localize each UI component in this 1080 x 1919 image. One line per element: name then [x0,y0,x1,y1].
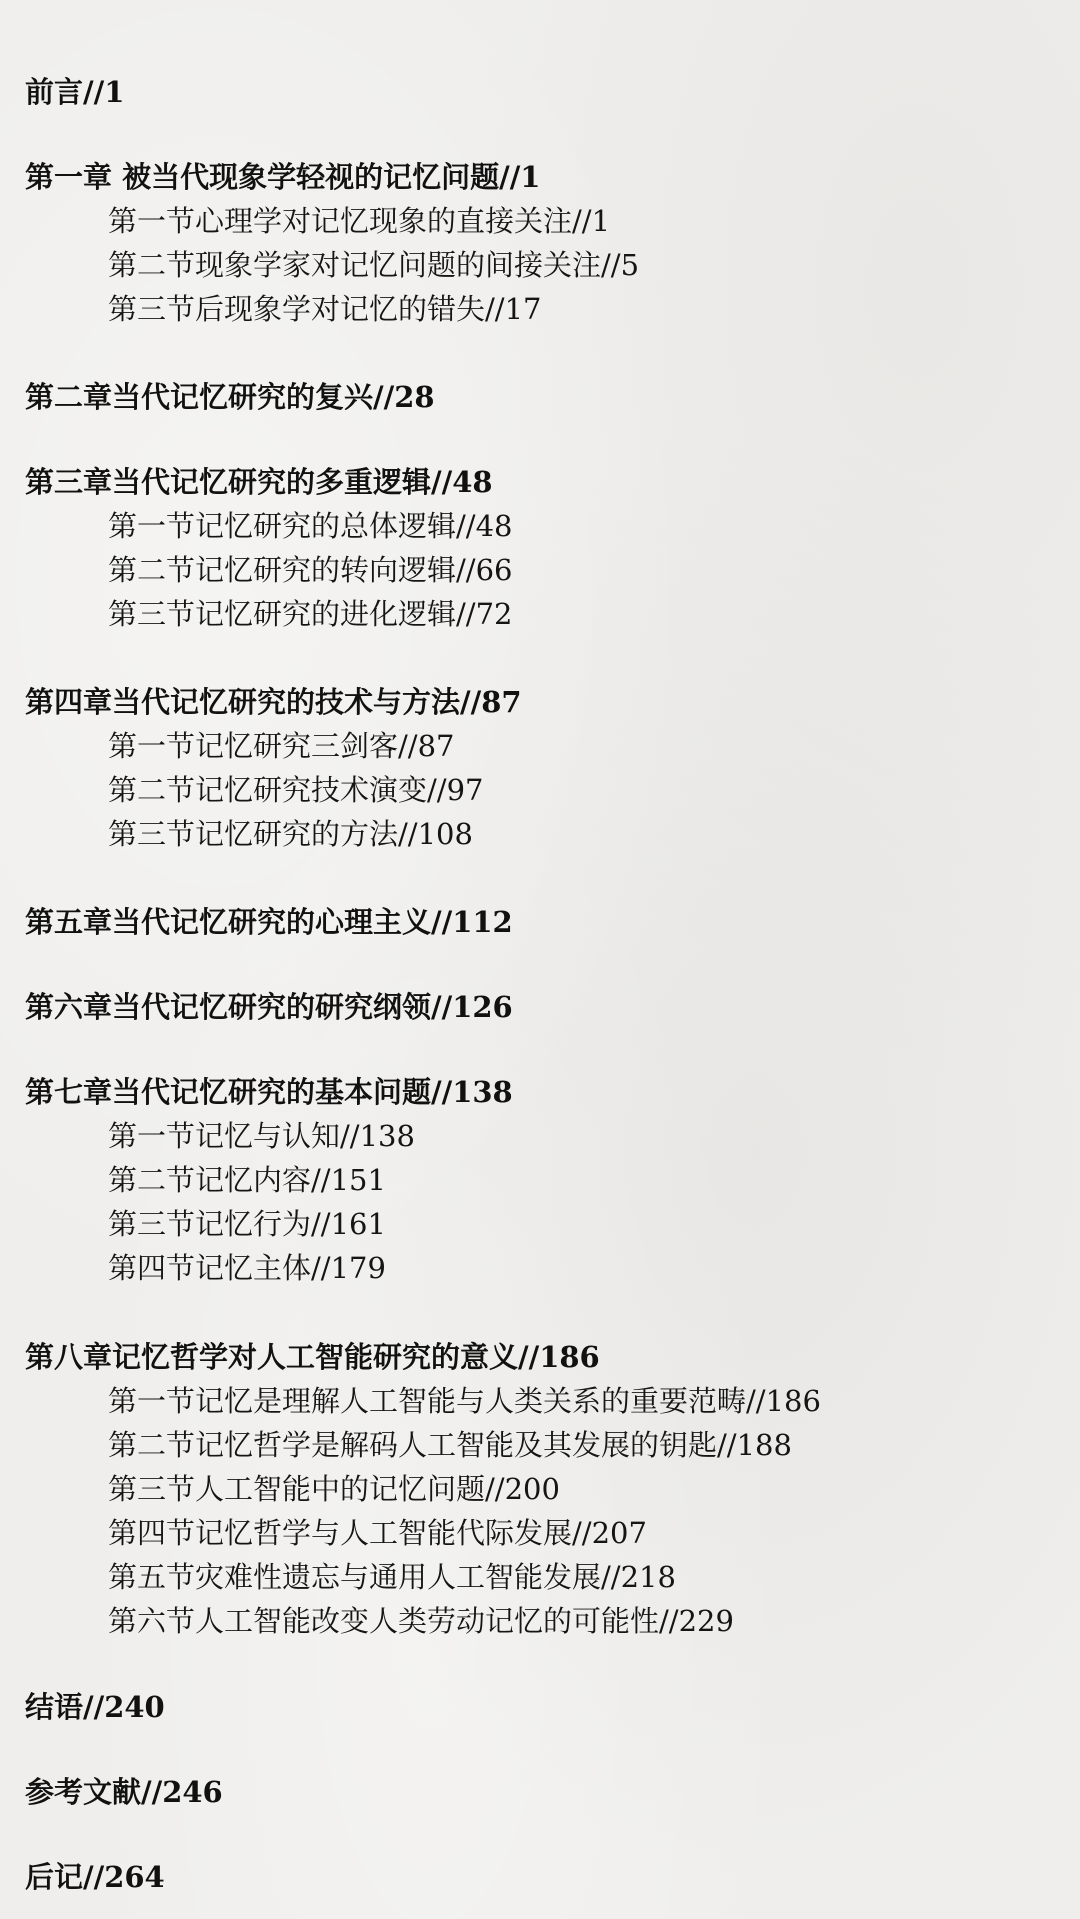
toc-entry-separator: // [572,1516,592,1550]
toc-entry-separator: // [572,204,592,238]
toc-section-entry[interactable]: 第四节记忆主体//179 [108,1254,386,1283]
toc-entry-page-number: 48 [452,465,492,499]
toc-entry-page-number: 87 [418,729,455,763]
toc-chapter-entry[interactable]: 前言//1 [25,78,124,107]
toc-chapter-entry[interactable]: 第一章 被当代现象学轻视的记忆问题//1 [25,163,540,192]
toc-entry-title: 第三节后现象学对记忆的错失 [108,292,485,326]
toc-entry-separator: // [460,685,481,719]
toc-entry-separator: // [431,465,452,499]
toc-entry-separator: // [499,160,520,194]
toc-entry-page-number: 1 [520,160,540,194]
toc-entry-title: 第一节心理学对记忆现象的直接关注 [108,204,572,238]
toc-section-entry[interactable]: 第三节后现象学对记忆的错失//17 [108,295,541,324]
toc-entry-page-number: 207 [592,1516,647,1550]
toc-entry-separator: // [311,1251,331,1285]
toc-entry-title: 第二节记忆哲学是解码人工智能及其发展的钥匙 [108,1428,717,1462]
toc-entry-title: 第六节人工智能改变人类劳动记忆的可能性 [108,1604,659,1638]
toc-entry-page-number: 200 [505,1472,560,1506]
toc-entry-title: 第三节记忆研究的进化逻辑 [108,597,456,631]
toc-section-entry[interactable]: 第一节记忆是理解人工智能与人类关系的重要范畴//186 [108,1387,821,1416]
toc-chapter-entry[interactable]: 第五章当代记忆研究的心理主义//112 [25,908,513,937]
toc-entry-title: 第七章当代记忆研究的基本问题 [25,1075,431,1109]
toc-entry-separator: // [340,1119,360,1153]
toc-section-entry[interactable]: 第二节记忆研究技术演变//97 [108,776,483,805]
toc-entry-page-number: 28 [394,380,434,414]
toc-section-entry[interactable]: 第一节记忆与认知//138 [108,1122,415,1151]
toc-chapter-entry[interactable]: 第八章记忆哲学对人工智能研究的意义//186 [25,1343,600,1372]
toc-entry-page-number: 97 [447,773,484,807]
toc-entry-page-number: 108 [418,817,473,851]
toc-entry-title: 第二节记忆研究的转向逻辑 [108,553,456,587]
toc-entry-separator: // [83,1690,104,1724]
toc-entry-title: 参考文献 [25,1775,141,1809]
toc-entry-separator: // [717,1428,737,1462]
toc-entry-page-number: 66 [476,553,513,587]
toc-entry-page-number: 138 [452,1075,513,1109]
toc-entry-title: 第三节记忆研究的方法 [108,817,398,851]
toc-entry-separator: // [83,75,104,109]
toc-section-entry[interactable]: 第三节记忆研究的进化逻辑//72 [108,600,512,629]
toc-entry-title: 第六章当代记忆研究的研究纲领 [25,990,431,1024]
toc-section-entry[interactable]: 第二节记忆哲学是解码人工智能及其发展的钥匙//188 [108,1431,792,1460]
toc-section-entry[interactable]: 第二节记忆研究的转向逻辑//66 [108,556,512,585]
toc-entry-page-number: 1 [592,204,610,238]
toc-entry-separator: // [601,1560,621,1594]
toc-entry-page-number: 264 [104,1860,165,1894]
toc-entry-separator: // [427,773,447,807]
toc-entry-title: 第二节记忆研究技术演变 [108,773,427,807]
toc-entry-separator: // [518,1340,539,1374]
toc-entry-separator: // [659,1604,679,1638]
toc-entry-page-number: 246 [162,1775,223,1809]
toc-chapter-entry[interactable]: 第三章当代记忆研究的多重逻辑//48 [25,468,493,497]
toc-section-entry[interactable]: 第三节人工智能中的记忆问题//200 [108,1475,560,1504]
toc-entry-title: 第二章当代记忆研究的复兴 [25,380,373,414]
toc-entry-page-number: 138 [360,1119,415,1153]
toc-section-entry[interactable]: 第二节记忆内容//151 [108,1166,386,1195]
toc-entry-separator: // [485,292,505,326]
toc-entry-title: 前言 [25,75,83,109]
toc-entry-separator: // [601,248,621,282]
toc-entry-title: 结语 [25,1690,83,1724]
toc-entry-separator: // [373,380,394,414]
toc-entry-page-number: 186 [766,1384,821,1418]
toc-entry-title: 第八章记忆哲学对人工智能研究的意义 [25,1340,518,1374]
toc-entry-page-number: 229 [679,1604,734,1638]
toc-entry-page-number: 72 [476,597,513,631]
toc-entry-title: 第五章当代记忆研究的心理主义 [25,905,431,939]
toc-entry-page-number: 186 [539,1340,600,1374]
toc-entry-title: 第一节记忆研究的总体逻辑 [108,509,456,543]
toc-section-entry[interactable]: 第三节记忆研究的方法//108 [108,820,473,849]
toc-entry-page-number: 87 [481,685,521,719]
toc-entry-separator: // [431,905,452,939]
toc-chapter-entry[interactable]: 第二章当代记忆研究的复兴//28 [25,383,435,412]
toc-chapter-entry[interactable]: 第六章当代记忆研究的研究纲领//126 [25,993,513,1022]
toc-section-entry[interactable]: 第一节记忆研究三剑客//87 [108,732,454,761]
toc-entry-title: 第三章当代记忆研究的多重逻辑 [25,465,431,499]
toc-entry-page-number: 151 [331,1163,386,1197]
toc-entry-separator: // [456,509,476,543]
toc-chapter-entry[interactable]: 第七章当代记忆研究的基本问题//138 [25,1078,513,1107]
toc-entry-separator: // [398,817,418,851]
toc-entry-page-number: 218 [621,1560,676,1594]
toc-entry-page-number: 112 [452,905,513,939]
toc-section-entry[interactable]: 第四节记忆哲学与人工智能代际发展//207 [108,1519,647,1548]
toc-entry-separator: // [311,1207,331,1241]
toc-section-entry[interactable]: 第二节现象学家对记忆问题的间接关注//5 [108,251,639,280]
toc-section-entry[interactable]: 第五节灾难性遗忘与通用人工智能发展//218 [108,1563,676,1592]
toc-entry-separator: // [485,1472,505,1506]
toc-entry-page-number: 240 [104,1690,165,1724]
toc-section-entry[interactable]: 第一节心理学对记忆现象的直接关注//1 [108,207,610,236]
toc-entry-separator: // [746,1384,766,1418]
toc-entry-separator: // [456,597,476,631]
toc-entry-separator: // [83,1860,104,1894]
toc-entry-title: 第三节记忆行为 [108,1207,311,1241]
toc-entry-page-number: 17 [505,292,542,326]
toc-entry-separator: // [431,1075,452,1109]
toc-entry-title: 第四节记忆哲学与人工智能代际发展 [108,1516,572,1550]
toc-entry-title: 第一节记忆研究三剑客 [108,729,398,763]
toc-entry-separator: // [311,1163,331,1197]
toc-entry-page-number: 1 [104,75,124,109]
toc-entry-title: 第一节记忆与认知 [108,1119,340,1153]
toc-entry-page-number: 188 [737,1428,792,1462]
toc-entry-title: 第三节人工智能中的记忆问题 [108,1472,485,1506]
toc-chapter-entry[interactable]: 结语//240 [25,1693,165,1722]
toc-section-entry[interactable]: 第六节人工智能改变人类劳动记忆的可能性//229 [108,1607,734,1636]
toc-chapter-entry[interactable]: 后记//264 [25,1863,165,1892]
toc-entry-separator: // [431,990,452,1024]
toc-entry-page-number: 48 [476,509,513,543]
toc-chapter-entry[interactable]: 第四章当代记忆研究的技术与方法//87 [25,688,522,717]
toc-entry-title: 第二节现象学家对记忆问题的间接关注 [108,248,601,282]
toc-entry-title: 第一章 被当代现象学轻视的记忆问题 [25,160,499,194]
toc-entry-title: 第二节记忆内容 [108,1163,311,1197]
toc-entry-page-number: 5 [621,248,639,282]
toc-entry-title: 第四节记忆主体 [108,1251,311,1285]
toc-chapter-entry[interactable]: 参考文献//246 [25,1778,223,1807]
toc-section-entry[interactable]: 第一节记忆研究的总体逻辑//48 [108,512,512,541]
toc-entry-separator: // [398,729,418,763]
toc-entry-title: 第一节记忆是理解人工智能与人类关系的重要范畴 [108,1384,746,1418]
toc-entry-page-number: 179 [331,1251,386,1285]
toc-section-entry[interactable]: 第三节记忆行为//161 [108,1210,386,1239]
toc-entry-separator: // [456,553,476,587]
toc-entry-title: 第五节灾难性遗忘与通用人工智能发展 [108,1560,601,1594]
toc-entry-page-number: 161 [331,1207,386,1241]
toc-entry-title: 第四章当代记忆研究的技术与方法 [25,685,460,719]
toc-entry-separator: // [141,1775,162,1809]
toc-entry-page-number: 126 [452,990,513,1024]
toc-entry-title: 后记 [25,1860,83,1894]
